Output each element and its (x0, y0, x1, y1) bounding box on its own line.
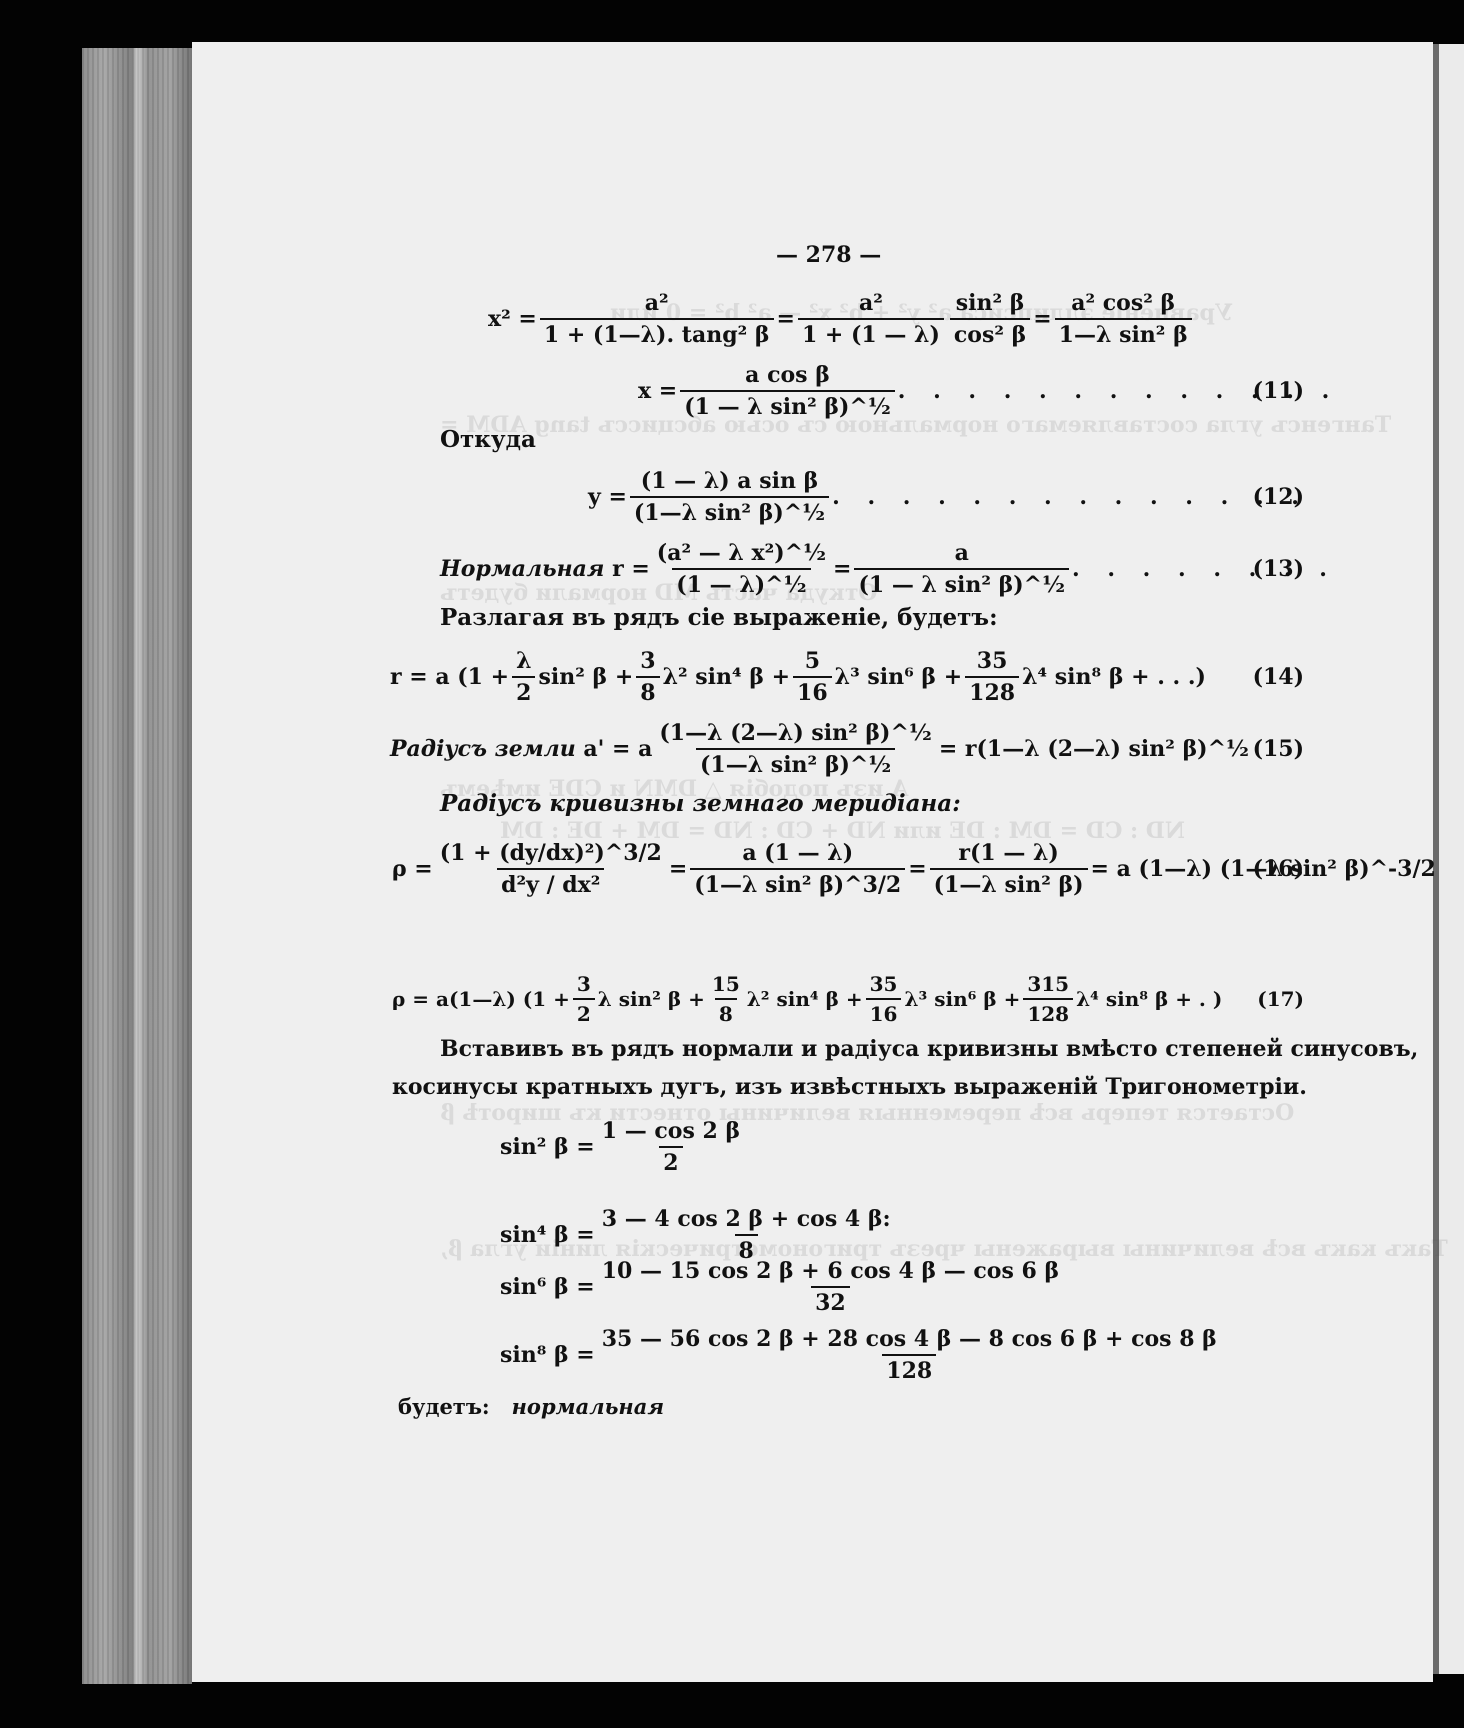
fraction: a²1 + (1—λ). tang² β (540, 290, 774, 348)
text-budet: будетъ: нормальная (398, 1394, 664, 1419)
fraction: 32 (573, 972, 595, 1026)
fraction: a (1 — λ)(1—λ sin² β)^3/2 (690, 840, 905, 898)
text-radius-krivizny: Радіусъ кривизны земнаго меридіана: (440, 790, 961, 817)
page-number: — 278 — (776, 242, 881, 268)
equation-13: Нормальная r = (a² — λ x²)^½(1 — λ)^½ = … (440, 540, 1304, 598)
equation-number: (11) (1253, 378, 1304, 404)
equation-number: (16) (1253, 856, 1304, 882)
paragraph-line-2: косинусы кратныхъ дугъ, изъ извѣстныхъ в… (392, 1074, 1307, 1100)
fraction: (a² — λ x²)^½(1 — λ)^½ (653, 540, 830, 598)
fraction: 3516 (866, 972, 902, 1026)
equation-number: (17) (1257, 987, 1304, 1011)
fraction: (1 — λ) a sin β(1—λ sin² β)^½ (630, 468, 829, 526)
fraction: r(1 — λ)(1—λ sin² β) (930, 840, 1088, 898)
text-otkuda: Откуда (440, 426, 536, 453)
equation-14: r = a (1 + λ2 sin² β + 38 λ² sin⁴ β + 51… (390, 648, 1304, 706)
fraction: 315128 (1023, 972, 1073, 1026)
fraction: λ2 (512, 648, 535, 706)
equation-number: (14) (1253, 664, 1304, 690)
equation-12: y = (1 — λ) a sin β(1—λ sin² β)^½ . . . … (588, 468, 1304, 526)
identity-sin8: sin⁸ β = 35 — 56 cos 2 β + 28 cos 4 β — … (500, 1326, 1224, 1384)
fraction: a² cos² β1—λ sin² β (1055, 290, 1192, 348)
fraction: 516 (793, 648, 832, 706)
identity-sin4: sin⁴ β = 3 — 4 cos 2 β + cos 4 β:8 (500, 1206, 898, 1264)
equation-number: (15) (1253, 736, 1304, 762)
eq-lhs: x² = (488, 306, 537, 332)
fraction: a cos β(1 — λ sin² β)^½ (680, 362, 895, 420)
fraction: 35 — 56 cos 2 β + 28 cos 4 β — 8 cos 6 β… (598, 1326, 1221, 1384)
fraction: (1 + (dy/dx)²)^3/2d²y / dx² (436, 840, 666, 898)
equation-x-squared: x² = a²1 + (1—λ). tang² β = a²1 + (1 — λ… (488, 290, 1195, 348)
equation-15: Радіусъ земли a' = a (1—λ (2—λ) sin² β)^… (390, 720, 1304, 778)
fraction: 38 (636, 648, 659, 706)
identity-sin6: sin⁶ β = 10 — 15 cos 2 β + 6 cos 4 β — c… (500, 1258, 1066, 1316)
text-razlagaya: Разлагая въ рядъ сіе выраженіе, будетъ: (440, 604, 998, 631)
equation-number: (12) (1253, 484, 1304, 510)
fraction: 10 — 15 cos 2 β + 6 cos 4 β — cos 6 β32 (598, 1258, 1063, 1316)
identity-sin2: sin² β = 1 — cos 2 β2 (500, 1118, 747, 1176)
equation-number: (13) (1253, 556, 1304, 582)
equation-17: ρ = a(1—λ) (1 + 32 λ sin² β + 158 λ² sin… (392, 972, 1304, 1026)
page-content: — 278 — x² = a²1 + (1—λ). tang² β = a²1 … (0, 0, 1464, 1728)
fraction: sin² βcos² β (950, 290, 1030, 348)
fraction: (1—λ (2—λ) sin² β)^½(1—λ sin² β)^½ (655, 720, 935, 778)
fraction: 1 — cos 2 β2 (598, 1118, 744, 1176)
paragraph-line-1: Вставивъ въ рядъ нормали и радіуса криви… (440, 1036, 1418, 1062)
equation-11: x = a cos β(1 — λ sin² β)^½ . . . . . . … (638, 362, 1304, 420)
fraction: 3 — 4 cos 2 β + cos 4 β:8 (598, 1206, 895, 1264)
fraction: a(1 — λ sin² β)^½ (854, 540, 1069, 598)
equation-16: ρ = (1 + (dy/dx)²)^3/2d²y / dx² = a (1 —… (392, 840, 1304, 898)
fraction: 158 (708, 972, 744, 1026)
fraction: 35128 (965, 648, 1019, 706)
fraction: a²1 + (1 — λ) (798, 290, 944, 348)
